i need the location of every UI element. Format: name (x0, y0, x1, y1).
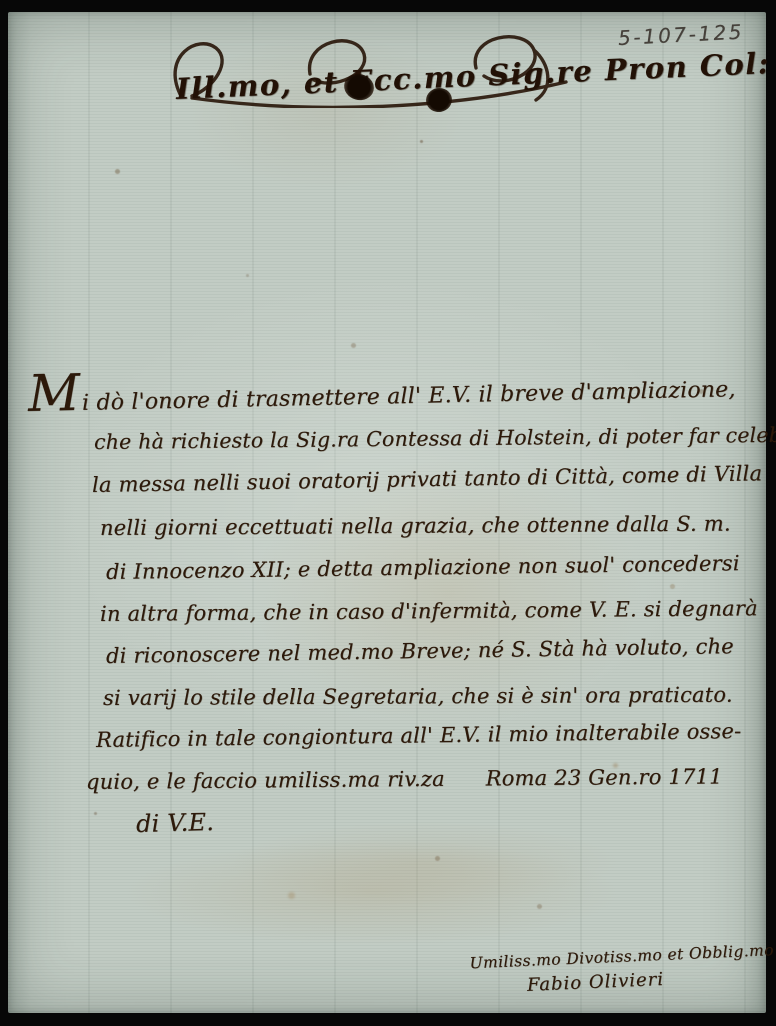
paper-specks (8, 12, 11, 15)
body-line: nelli giorni eccettuati nella grazia, ch… (100, 512, 731, 540)
signature-block: Umiliss.mo Divotiss.mo et Obblig.mo Ser.… (469, 942, 761, 999)
body-line: si varij lo stile della Segretaria, che … (103, 683, 733, 710)
body-line: di riconoscere nel med.mo Breve; né S. S… (106, 634, 734, 668)
body-line: la messa nelli suoi oratorij privati tan… (92, 461, 763, 497)
scan-background: { "scan": { "archival_number": "5-107-12… (0, 0, 776, 1026)
body-line-text: quio, e le faccio umiliss.ma riv.za (86, 767, 445, 794)
letter-salutation: Ill.mo, et Ecc.mo Sig.re Pron Col: (175, 46, 770, 106)
body-line: di Innocenzo XII; e detta ampliazione no… (106, 551, 740, 584)
body-line: Mi dò l'onore di trasmettere all' E.V. i… (27, 349, 736, 423)
dateline: Roma 23 Gen.ro 1711 (486, 764, 723, 790)
paper-sheet: 5-107-125 Ill.mo, et Ecc.mo Sig.re Pron … (8, 12, 766, 1013)
body-line: Ratifico in tale congiontura all' E.V. i… (96, 719, 742, 752)
body-line: in altra forma, che in caso d'infermità,… (100, 596, 758, 626)
body-line: che hà richiesto la Sig.ra Contessa di H… (94, 422, 776, 454)
subscription: di V.E. (136, 808, 215, 838)
body-line: quio, e le faccio umiliss.ma riv.za Roma… (86, 764, 723, 794)
archival-number: 5-107-125 (617, 19, 744, 50)
